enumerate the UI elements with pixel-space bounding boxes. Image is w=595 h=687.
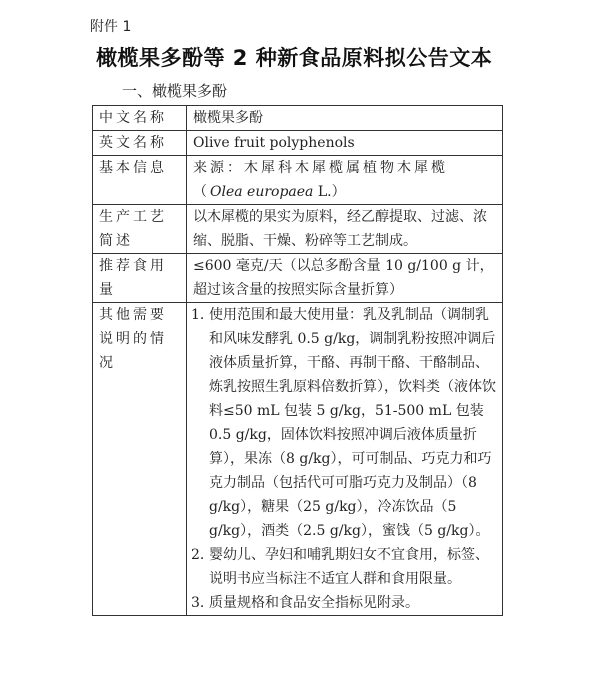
item-number: 1.	[191, 303, 204, 327]
row-value: Olive fruit polyphenols	[187, 131, 503, 156]
row-value: 来源：木犀科木犀榄属植物木犀榄（Olea europaea L.）	[187, 156, 503, 205]
row-value: 1. 使用范围和最大使用量：乳及乳制品（调制乳和风味发酵乳 0.5 g/kg，调…	[187, 303, 503, 616]
table-row: 中文名称 橄榄果多酚	[93, 106, 503, 131]
item-text: 使用范围和最大使用量：乳及乳制品（调制乳和风味发酵乳 0.5 g/kg，调制乳粉…	[209, 307, 496, 539]
row-value: 以木犀榄的果实为原料，经乙醇提取、过滤、浓缩、脱脂、干燥、粉碎等工艺制成。	[187, 205, 503, 254]
attachment-label: 附件 1	[90, 16, 131, 36]
row-label: 生产工艺简述	[93, 205, 187, 254]
row-label: 推荐食用量	[93, 254, 187, 303]
list-item: 3. 质量规格和食品安全指标见附录。	[193, 591, 497, 615]
ingredient-info-table: 中文名称 橄榄果多酚 英文名称 Olive fruit polyphenols …	[92, 105, 503, 616]
row-label: 其他需要说明的情况	[93, 303, 187, 616]
table-row: 英文名称 Olive fruit polyphenols	[93, 131, 503, 156]
item-text: 婴幼儿、孕妇和哺乳期妇女不宜食用，标签、说明书应当标注不适宜人群和食用限量。	[209, 547, 489, 587]
item-number: 2.	[191, 543, 204, 567]
notes-list: 1. 使用范围和最大使用量：乳及乳制品（调制乳和风味发酵乳 0.5 g/kg，调…	[193, 303, 497, 615]
row-label: 基本信息	[93, 156, 187, 205]
document-title: 橄榄果多酚等 2 种新食品原料拟公告文本	[96, 42, 516, 72]
table-row: 基本信息 来源：木犀科木犀榄属植物木犀榄（Olea europaea L.）	[93, 156, 503, 205]
row-label: 中文名称	[93, 106, 187, 131]
row-value: ≤600 毫克/天（以总多酚含量 10 g/100 g 计，超过该含量的按照实际…	[187, 254, 503, 303]
list-item: 2. 婴幼儿、孕妇和哺乳期妇女不宜食用，标签、说明书应当标注不适宜人群和食用限量…	[193, 543, 497, 591]
latin-name: Olea europaea	[210, 184, 313, 200]
item-text: 质量规格和食品安全指标见附录。	[209, 595, 419, 611]
row-value: 橄榄果多酚	[187, 106, 503, 131]
source-suffix: L.）	[313, 184, 345, 200]
section-heading: 一、橄榄果多酚	[122, 80, 227, 101]
table-row: 其他需要说明的情况 1. 使用范围和最大使用量：乳及乳制品（调制乳和风味发酵乳 …	[93, 303, 503, 616]
table-row: 生产工艺简述 以木犀榄的果实为原料，经乙醇提取、过滤、浓缩、脱脂、干燥、粉碎等工…	[93, 205, 503, 254]
table-row: 推荐食用量 ≤600 毫克/天（以总多酚含量 10 g/100 g 计，超过该含…	[93, 254, 503, 303]
list-item: 1. 使用范围和最大使用量：乳及乳制品（调制乳和风味发酵乳 0.5 g/kg，调…	[193, 303, 497, 543]
item-number: 3.	[191, 591, 204, 615]
row-label: 英文名称	[93, 131, 187, 156]
